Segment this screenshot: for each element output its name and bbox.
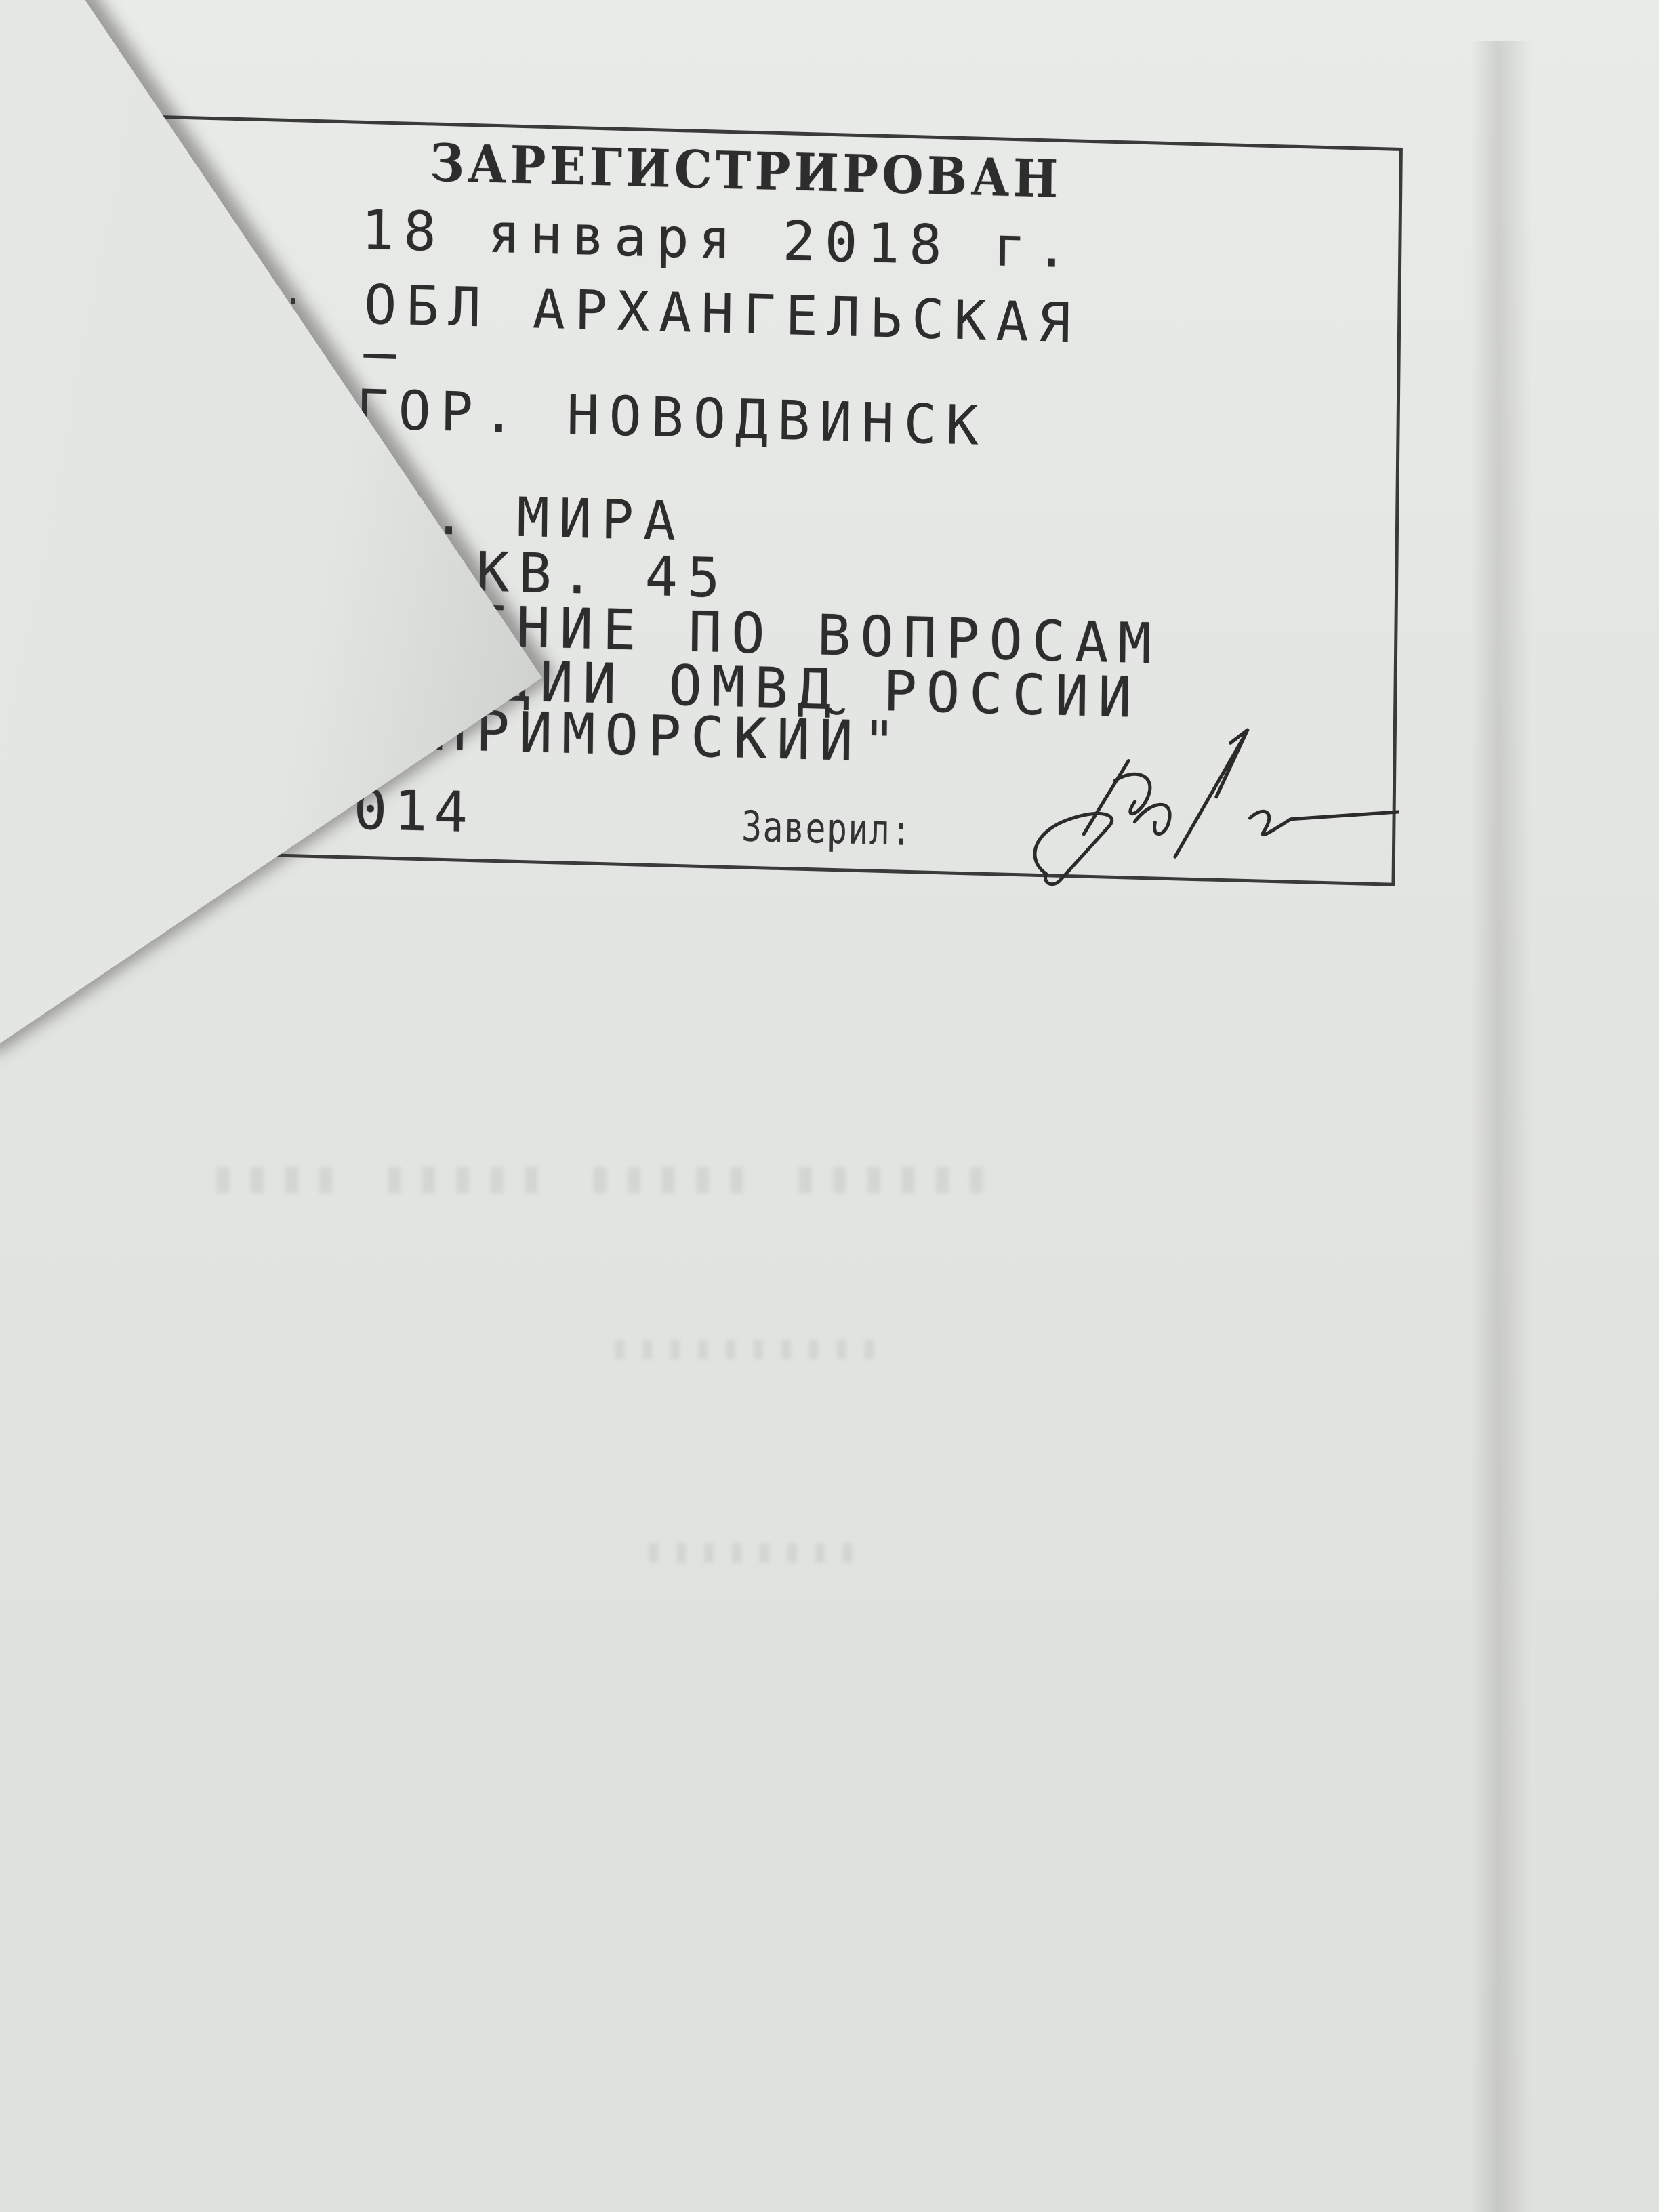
certified-label: Заверил: [741,802,912,856]
signature-icon [1019,717,1400,903]
registration-date: 18 января 2018 г. [361,199,1078,281]
locality-value: ГОР. НОВОДВИНСК [356,378,988,457]
district-value: — [363,321,406,385]
stamp-title: ЗАРЕГИСТРИРОВАН [430,132,1062,209]
region-value: ОБЛ АРХАНГЕЛЬСКАЯ [364,273,1081,355]
next-page-shadow [1471,41,1532,2212]
bleed-through-text: ▮▮▮▮ ▮▮▮▮▮ ▮▮▮▮▮ ▮▮▮▮▮▮ [210,1152,1362,1202]
